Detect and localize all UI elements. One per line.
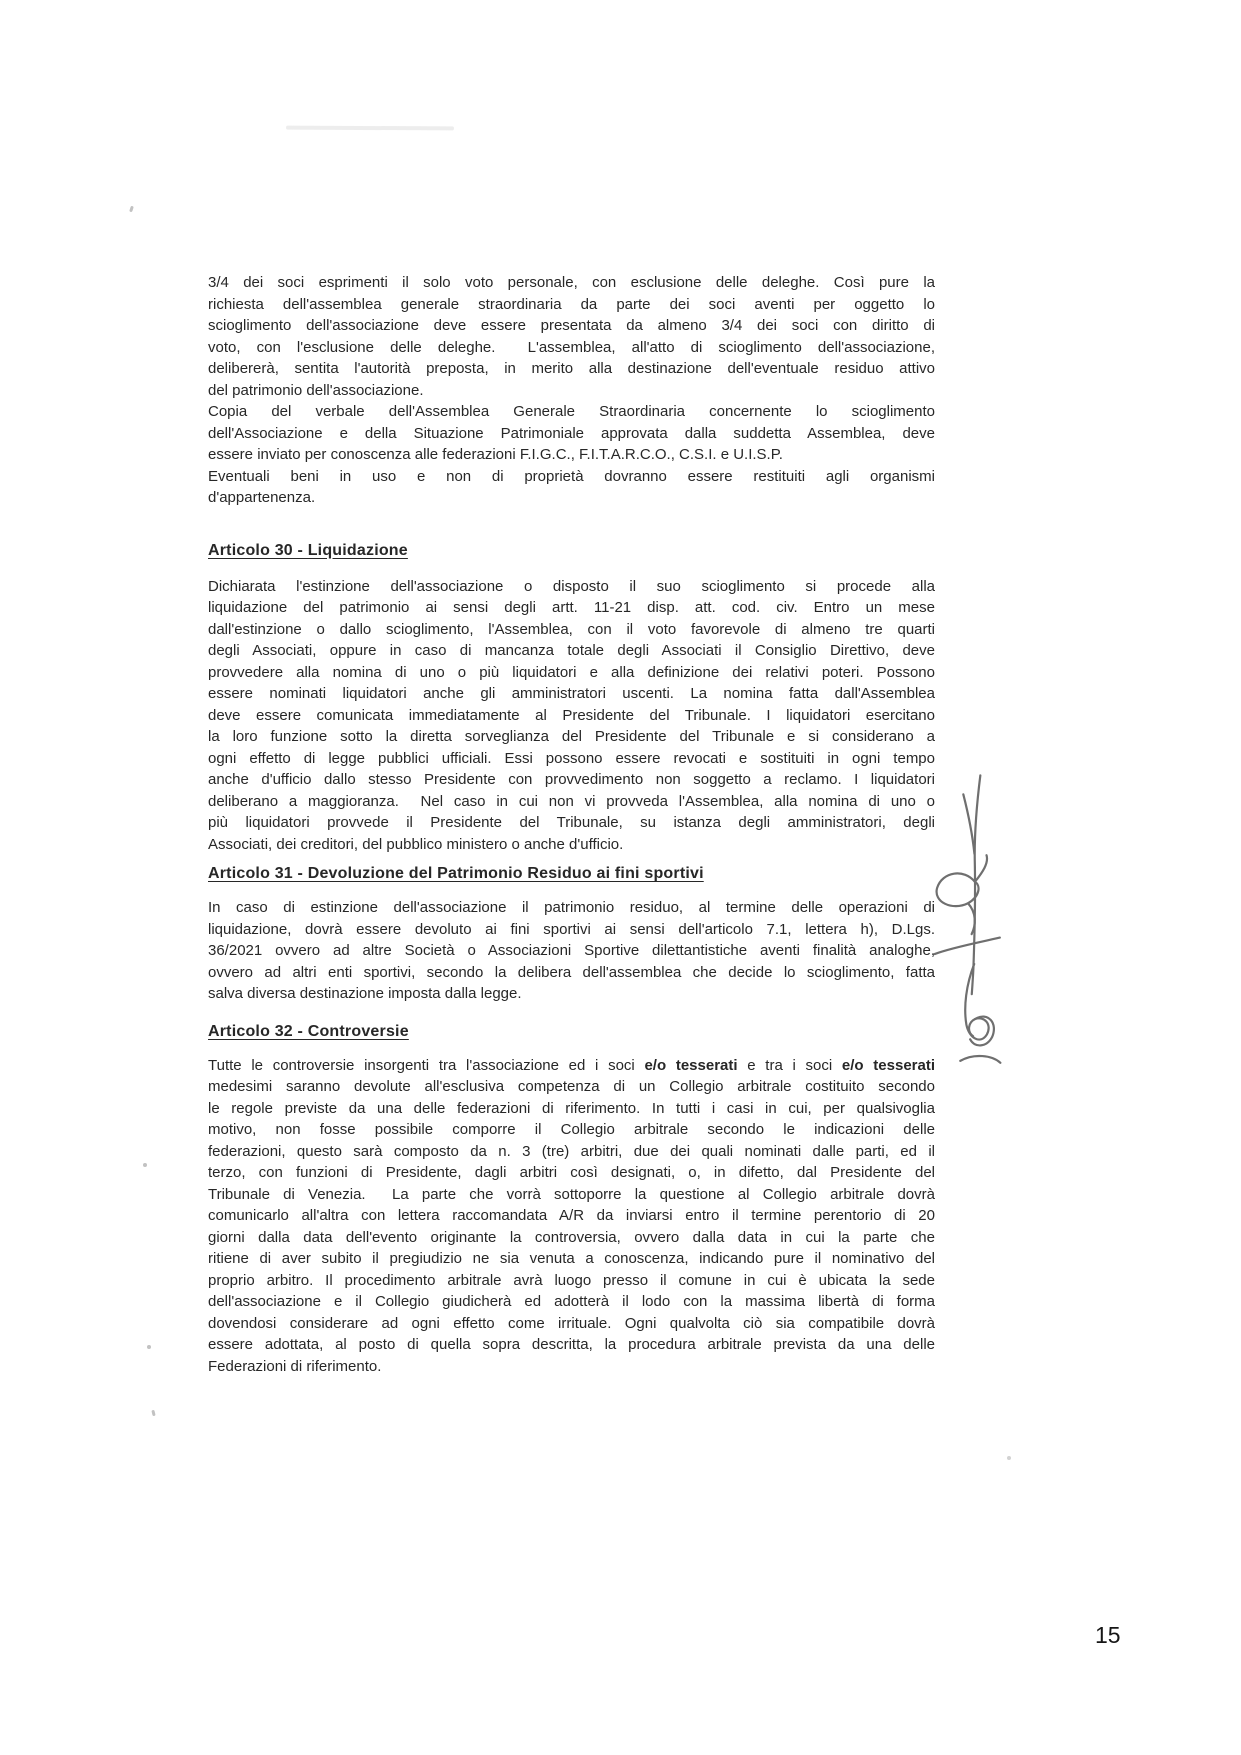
text-line: d'appartenenza. (208, 487, 935, 509)
bold-text: e/o tesserati (644, 1057, 737, 1074)
text-line: Associati, dei creditori, del pubblico m… (208, 834, 935, 856)
text-line: scioglimento dell'associazione deve esse… (208, 315, 935, 337)
scan-speck (1007, 1456, 1011, 1460)
text-line: la loro funzione sotto la diretta sorveg… (208, 726, 935, 748)
text-line: deliberano a maggioranza. Nel caso in cu… (208, 791, 935, 813)
article-heading: Articolo 31 - Devoluzione del Patrimonio… (208, 863, 935, 885)
text-line: dall'estinzione o dallo scioglimento, l'… (208, 619, 935, 641)
text-line: dell'associazione e il Collegio giudiche… (208, 1291, 935, 1313)
text-line: del patrimonio dell'associazione. (208, 380, 935, 402)
text-line: delibererà, sentita l'autorità preposta,… (208, 358, 935, 380)
bold-text: e/o tesserati (842, 1057, 935, 1074)
text-line: ritiene di aver subito il pregiudizio ne… (208, 1248, 935, 1270)
text-line: salva diversa destinazione imposta dalla… (208, 983, 935, 1005)
text-line: Tribunale di Venezia. La parte che vorrà… (208, 1184, 935, 1206)
paragraph: Dichiarata l'estinzione dell'associazion… (208, 576, 935, 856)
document-body: 3/4 dei soci esprimenti il solo voto per… (208, 272, 935, 1377)
scan-speck (151, 1410, 155, 1417)
text-line: comunicarlo all'altra con lettera raccom… (208, 1205, 935, 1227)
scan-speck (129, 206, 134, 213)
text-line: terzo, con funzioni di Presidente, dagli… (208, 1162, 935, 1184)
text-line: ovvero ad altri enti sportivi, secondo l… (208, 962, 935, 984)
text-line: voto, con l'esclusione delle deleghe. L'… (208, 337, 935, 359)
page-number: 15 (1095, 1622, 1121, 1649)
handwritten-signature (917, 770, 1029, 1075)
text-line: richiesta dell'assemblea generale straor… (208, 294, 935, 316)
text-line: le regole previste da una delle federazi… (208, 1098, 935, 1120)
text-line: federazioni, questo sarà composto da n. … (208, 1141, 935, 1163)
text-line: medesimi saranno devolute all'esclusiva … (208, 1076, 935, 1098)
text-line: Copia del verbale dell'Assemblea General… (208, 401, 935, 423)
paragraph: Eventuali beni in uso e non di proprietà… (208, 466, 935, 509)
text-line: dell'Associazione e della Situazione Pat… (208, 423, 935, 445)
paragraph: Copia del verbale dell'Assemblea General… (208, 401, 935, 466)
text-line: liquidazione del patrimonio ai sensi deg… (208, 597, 935, 619)
text-line: Tutte le controversie insorgenti tra l'a… (208, 1055, 935, 1077)
text-line: degli Associati, oppure in caso di manca… (208, 640, 935, 662)
paragraph: In caso di estinzione dell'associazione … (208, 897, 935, 1005)
text-line: 36/2021 ovvero ad altre Società o Associ… (208, 940, 935, 962)
scanned-page: { "page": { "number": "15" }, "colors": … (0, 0, 1241, 1755)
scan-speck (147, 1345, 151, 1349)
text-line: essere nominati liquidatori anche gli am… (208, 683, 935, 705)
scan-smudge (286, 126, 454, 131)
text-line: deve essere comunicata immediatamente al… (208, 705, 935, 727)
text-line: motivo, non fosse possibile comporre il … (208, 1119, 935, 1141)
text-line: 3/4 dei soci esprimenti il solo voto per… (208, 272, 935, 294)
text-line: proprio arbitro. Il procedimento arbitra… (208, 1270, 935, 1292)
text-line: essere inviato per conoscenza alle feder… (208, 444, 935, 466)
text-line: Federazioni di riferimento. (208, 1356, 935, 1378)
article-heading: Articolo 32 - Controversie (208, 1021, 935, 1043)
text-line: anche d'ufficio dallo stesso Presidente … (208, 769, 935, 791)
text-line: In caso di estinzione dell'associazione … (208, 897, 935, 919)
text-line: Dichiarata l'estinzione dell'associazion… (208, 576, 935, 598)
text-line: essere adottata, al posto di quella sopr… (208, 1334, 935, 1356)
paragraph: 3/4 dei soci esprimenti il solo voto per… (208, 272, 935, 401)
text-line: dovendosi considerare ad ogni effetto co… (208, 1313, 935, 1335)
text-line: più liquidatori provvede il Presidente d… (208, 812, 935, 834)
paragraph: Tutte le controversie insorgenti tra l'a… (208, 1055, 935, 1378)
article-heading: Articolo 30 - Liquidazione (208, 540, 935, 562)
text-line: Eventuali beni in uso e non di proprietà… (208, 466, 935, 488)
text-line: provvedere alla nomina di uno o più liqu… (208, 662, 935, 684)
text-line: ogni effetto di legge pubblici ufficiali… (208, 748, 935, 770)
text-line: liquidazione, dovrà essere devoluto ai f… (208, 919, 935, 941)
scan-speck (143, 1163, 147, 1167)
text-line: giorni dalla data dell'evento originante… (208, 1227, 935, 1249)
